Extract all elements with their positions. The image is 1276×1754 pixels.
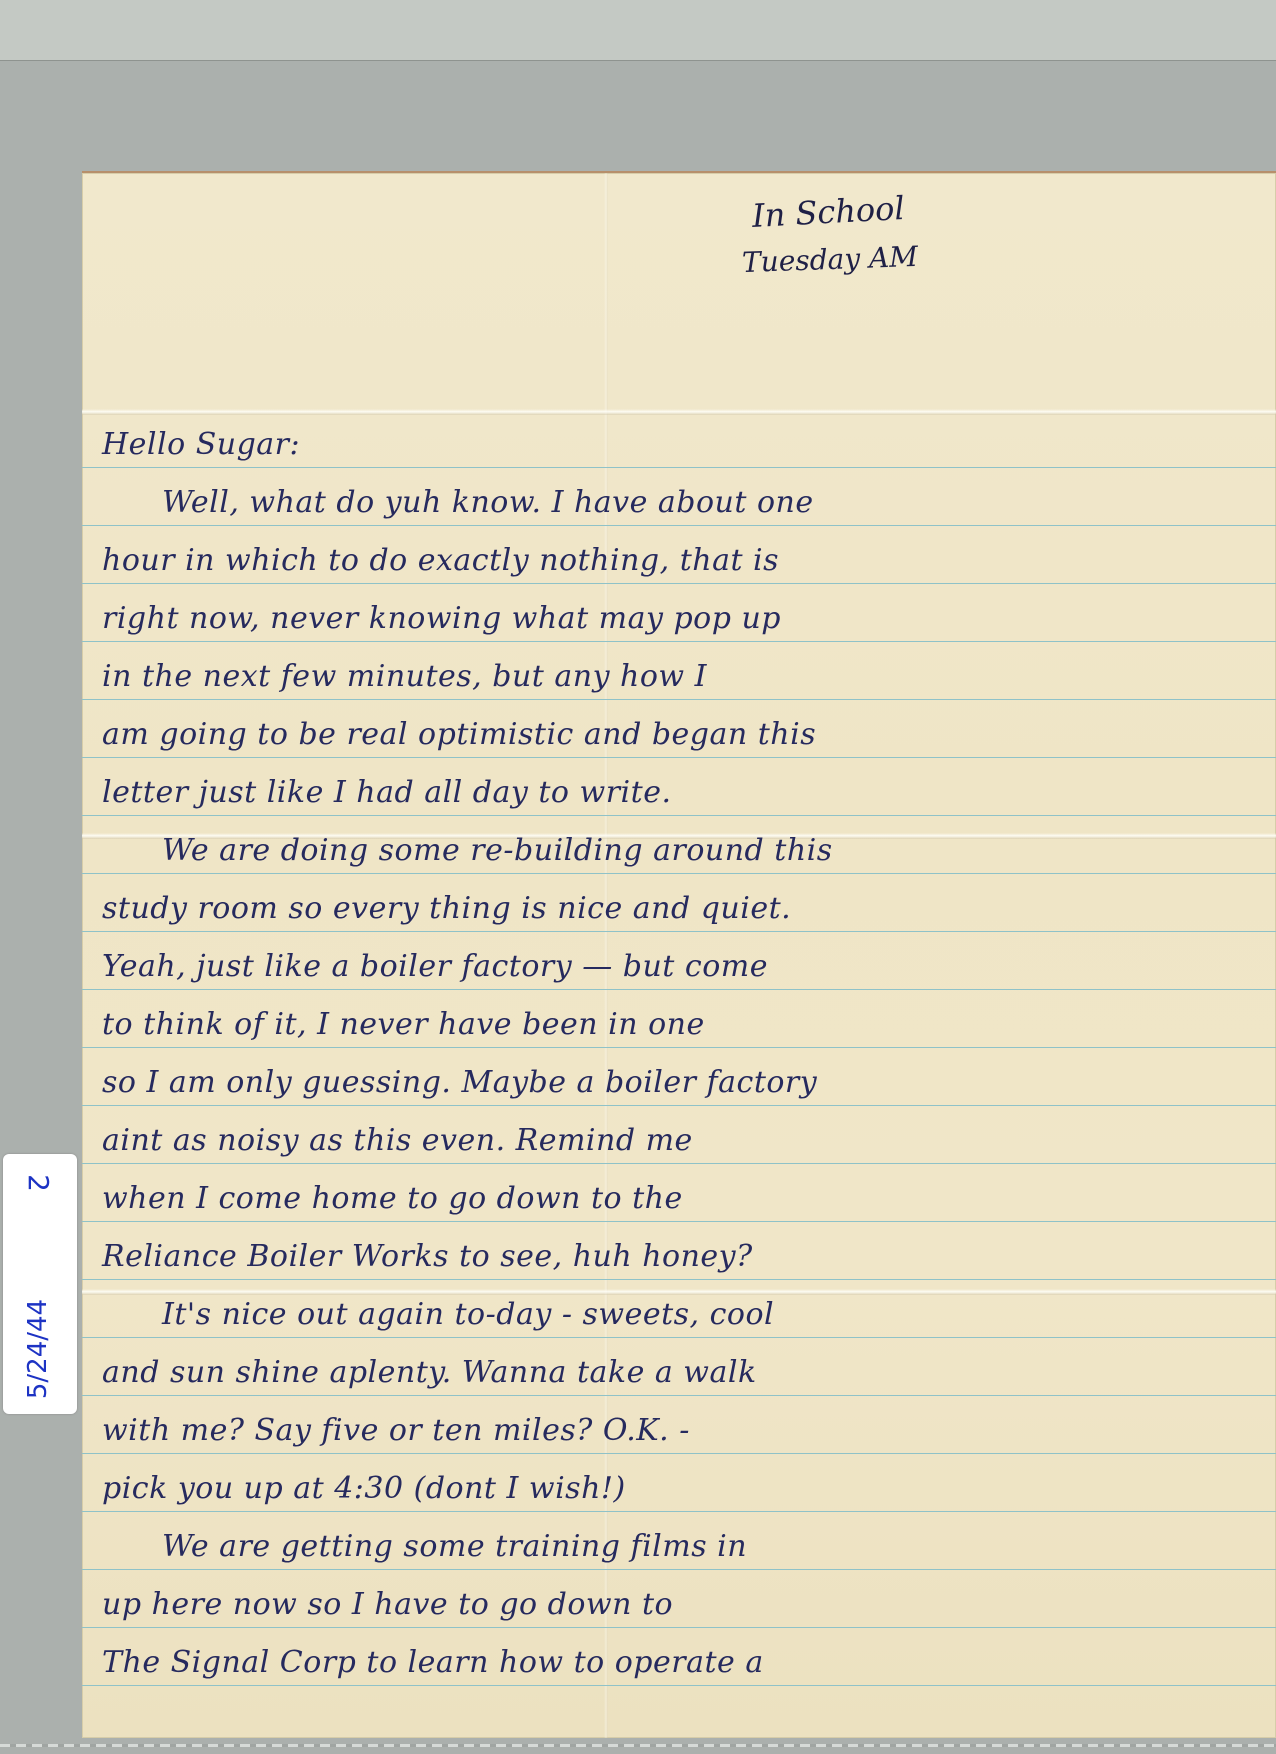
header-time: Tuesday AM [741,240,918,279]
ruled-line [82,583,1276,584]
letter-line: up here now so I have to go down to [102,1587,1252,1622]
ruled-line [82,1337,1276,1338]
fold-crease [82,1289,1276,1295]
letter-line: to think of it, I never have been in one [102,1007,1252,1042]
letter-line: We are doing some re-building around thi… [162,833,1276,868]
ruled-line [82,873,1276,874]
letter-line: am going to be real optimistic and began… [102,717,1252,752]
letter-line: aint as noisy as this even. Remind me [102,1123,1252,1158]
letter-line: with me? Say five or ten miles? O.K. - [102,1413,1252,1448]
page-number-mark: 2 [23,1168,53,1198]
ruled-line [82,1395,1276,1396]
letter-line: so I am only guessing. Maybe a boiler fa… [102,1065,1252,1100]
ruled-line [82,1279,1276,1280]
ruled-line [82,641,1276,642]
letter-line: letter just like I had all day to write. [102,775,1252,810]
ruled-line [82,1685,1276,1686]
sleeve-edge [0,1744,1276,1747]
letter-line: when I come home to go down to the [102,1181,1252,1216]
ruled-line [82,815,1276,816]
scanner-lid [0,0,1276,61]
ruled-line [82,467,1276,468]
ruled-line [82,699,1276,700]
ruled-line [82,1105,1276,1106]
ruled-line [82,1569,1276,1570]
letter-line: Well, what do yuh know. I have about one [162,485,1276,520]
letter-line: pick you up at 4:30 (dont I wish!) [102,1471,1252,1506]
letter-line: The Signal Corp to learn how to operate … [102,1645,1252,1680]
salutation: Hello Sugar: [102,427,1252,462]
letter-line: study room so every thing is nice and qu… [102,891,1252,926]
fold-crease [82,409,1276,415]
letter-line: in the next few minutes, but any how I [102,659,1252,694]
ruled-line [82,1163,1276,1164]
letter-page: In School Tuesday AM Hello Sugar: Well, … [82,171,1276,1738]
ruled-line [82,1627,1276,1628]
ruled-line [82,931,1276,932]
letter-line: right now, never knowing what may pop up [102,601,1252,636]
archive-label-tab: 2 5/24/44 [3,1154,77,1414]
letter-line: Yeah, just like a boiler factory — but c… [102,949,1252,984]
archive-date: 5/24/44 [23,1274,53,1424]
letter-line: We are getting some training films in [162,1529,1276,1564]
header-place: In School [751,189,905,235]
ruled-line [82,525,1276,526]
ruled-line [82,1511,1276,1512]
letter-line: It's nice out again to-day - sweets, coo… [162,1297,1276,1332]
ruled-line [82,1221,1276,1222]
ruled-line [82,1453,1276,1454]
letter-line: hour in which to do exactly nothing, tha… [102,543,1252,578]
ruled-line [82,757,1276,758]
ruled-line [82,1047,1276,1048]
ruled-line [82,989,1276,990]
letter-line: Reliance Boiler Works to see, huh honey? [102,1239,1252,1274]
letter-line: and sun shine aplenty. Wanna take a walk [102,1355,1252,1390]
